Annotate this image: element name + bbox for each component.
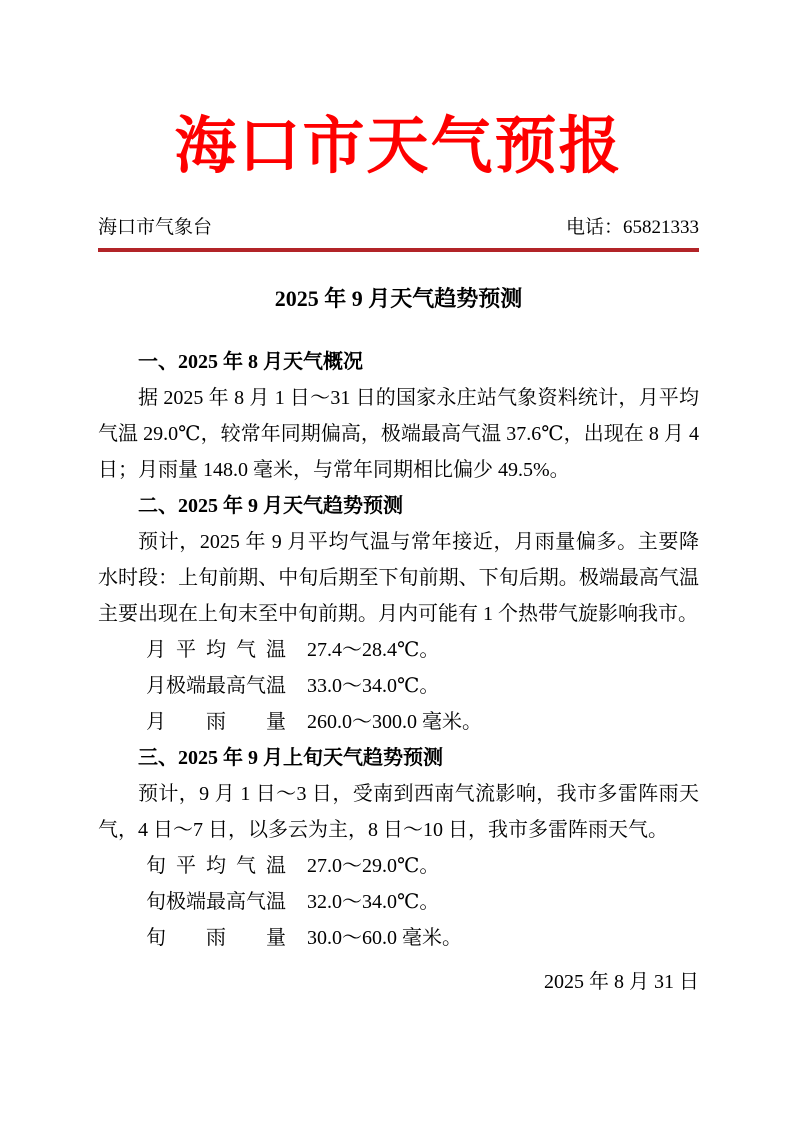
stat-row-tenday-avg-temp: 旬平均气温 27.0～29.0℃。 bbox=[98, 848, 699, 884]
stat-row-tenday-rainfall: 旬雨量 30.0～60.0 毫米。 bbox=[98, 920, 699, 956]
stat-row-tenday-max-temp: 旬极端最高气温 32.0～34.0℃。 bbox=[98, 884, 699, 920]
stat-value: 32.0～34.0℃。 bbox=[307, 884, 439, 920]
document-page: 海口市天气预报 海口市气象台 电话：65821333 2025 年 9 月天气趋… bbox=[0, 0, 794, 1123]
issue-date: 2025 年 8 月 31 日 bbox=[98, 964, 699, 1000]
section-1-paragraph: 据 2025 年 8 月 1 日～31 日的国家永庄站气象资料统计，月平均气温 … bbox=[98, 380, 699, 488]
stat-row-month-rainfall: 月雨量 260.0～300.0 毫米。 bbox=[98, 704, 699, 740]
section-2-heading: 二、2025 年 9 月天气趋势预测 bbox=[98, 488, 699, 524]
doc-subtitle: 2025 年 9 月天气趋势预测 bbox=[98, 284, 699, 314]
stat-value: 260.0～300.0 毫米。 bbox=[307, 704, 482, 740]
red-divider-rule bbox=[98, 248, 699, 252]
page-title: 海口市天气预报 bbox=[98, 112, 699, 182]
section-2-paragraph: 预计，2025 年 9 月平均气温与常年接近，月雨量偏多。主要降水时段：上旬前期… bbox=[98, 524, 699, 632]
org-name: 海口市气象台 bbox=[98, 214, 212, 242]
section-3-paragraph: 预计，9 月 1 日～3 日，受南到西南气流影响，我市多雷阵雨天气，4 日～7 … bbox=[98, 776, 699, 848]
stat-label: 旬极端最高气温 bbox=[146, 884, 286, 920]
stat-label: 月极端最高气温 bbox=[146, 668, 286, 704]
stat-row-month-avg-temp: 月平均气温 27.4～28.4℃。 bbox=[98, 632, 699, 668]
document-body: 一、2025 年 8 月天气概况 据 2025 年 8 月 1 日～31 日的国… bbox=[98, 344, 699, 1000]
stat-label: 月雨量 bbox=[146, 704, 286, 740]
stat-label: 旬平均气温 bbox=[146, 848, 286, 884]
stat-value: 33.0～34.0℃。 bbox=[307, 668, 439, 704]
header-info-row: 海口市气象台 电话：65821333 bbox=[98, 214, 699, 242]
phone-number: 电话：65821333 bbox=[566, 214, 699, 242]
section-1-heading: 一、2025 年 8 月天气概况 bbox=[98, 344, 699, 380]
stat-label: 旬雨量 bbox=[146, 920, 286, 956]
stat-value: 30.0～60.0 毫米。 bbox=[307, 920, 462, 956]
stat-value: 27.0～29.0℃。 bbox=[307, 848, 439, 884]
stat-row-month-max-temp: 月极端最高气温 33.0～34.0℃。 bbox=[98, 668, 699, 704]
section-3-heading: 三、2025 年 9 月上旬天气趋势预测 bbox=[98, 740, 699, 776]
stat-label: 月平均气温 bbox=[146, 632, 286, 668]
stat-value: 27.4～28.4℃。 bbox=[307, 632, 439, 668]
